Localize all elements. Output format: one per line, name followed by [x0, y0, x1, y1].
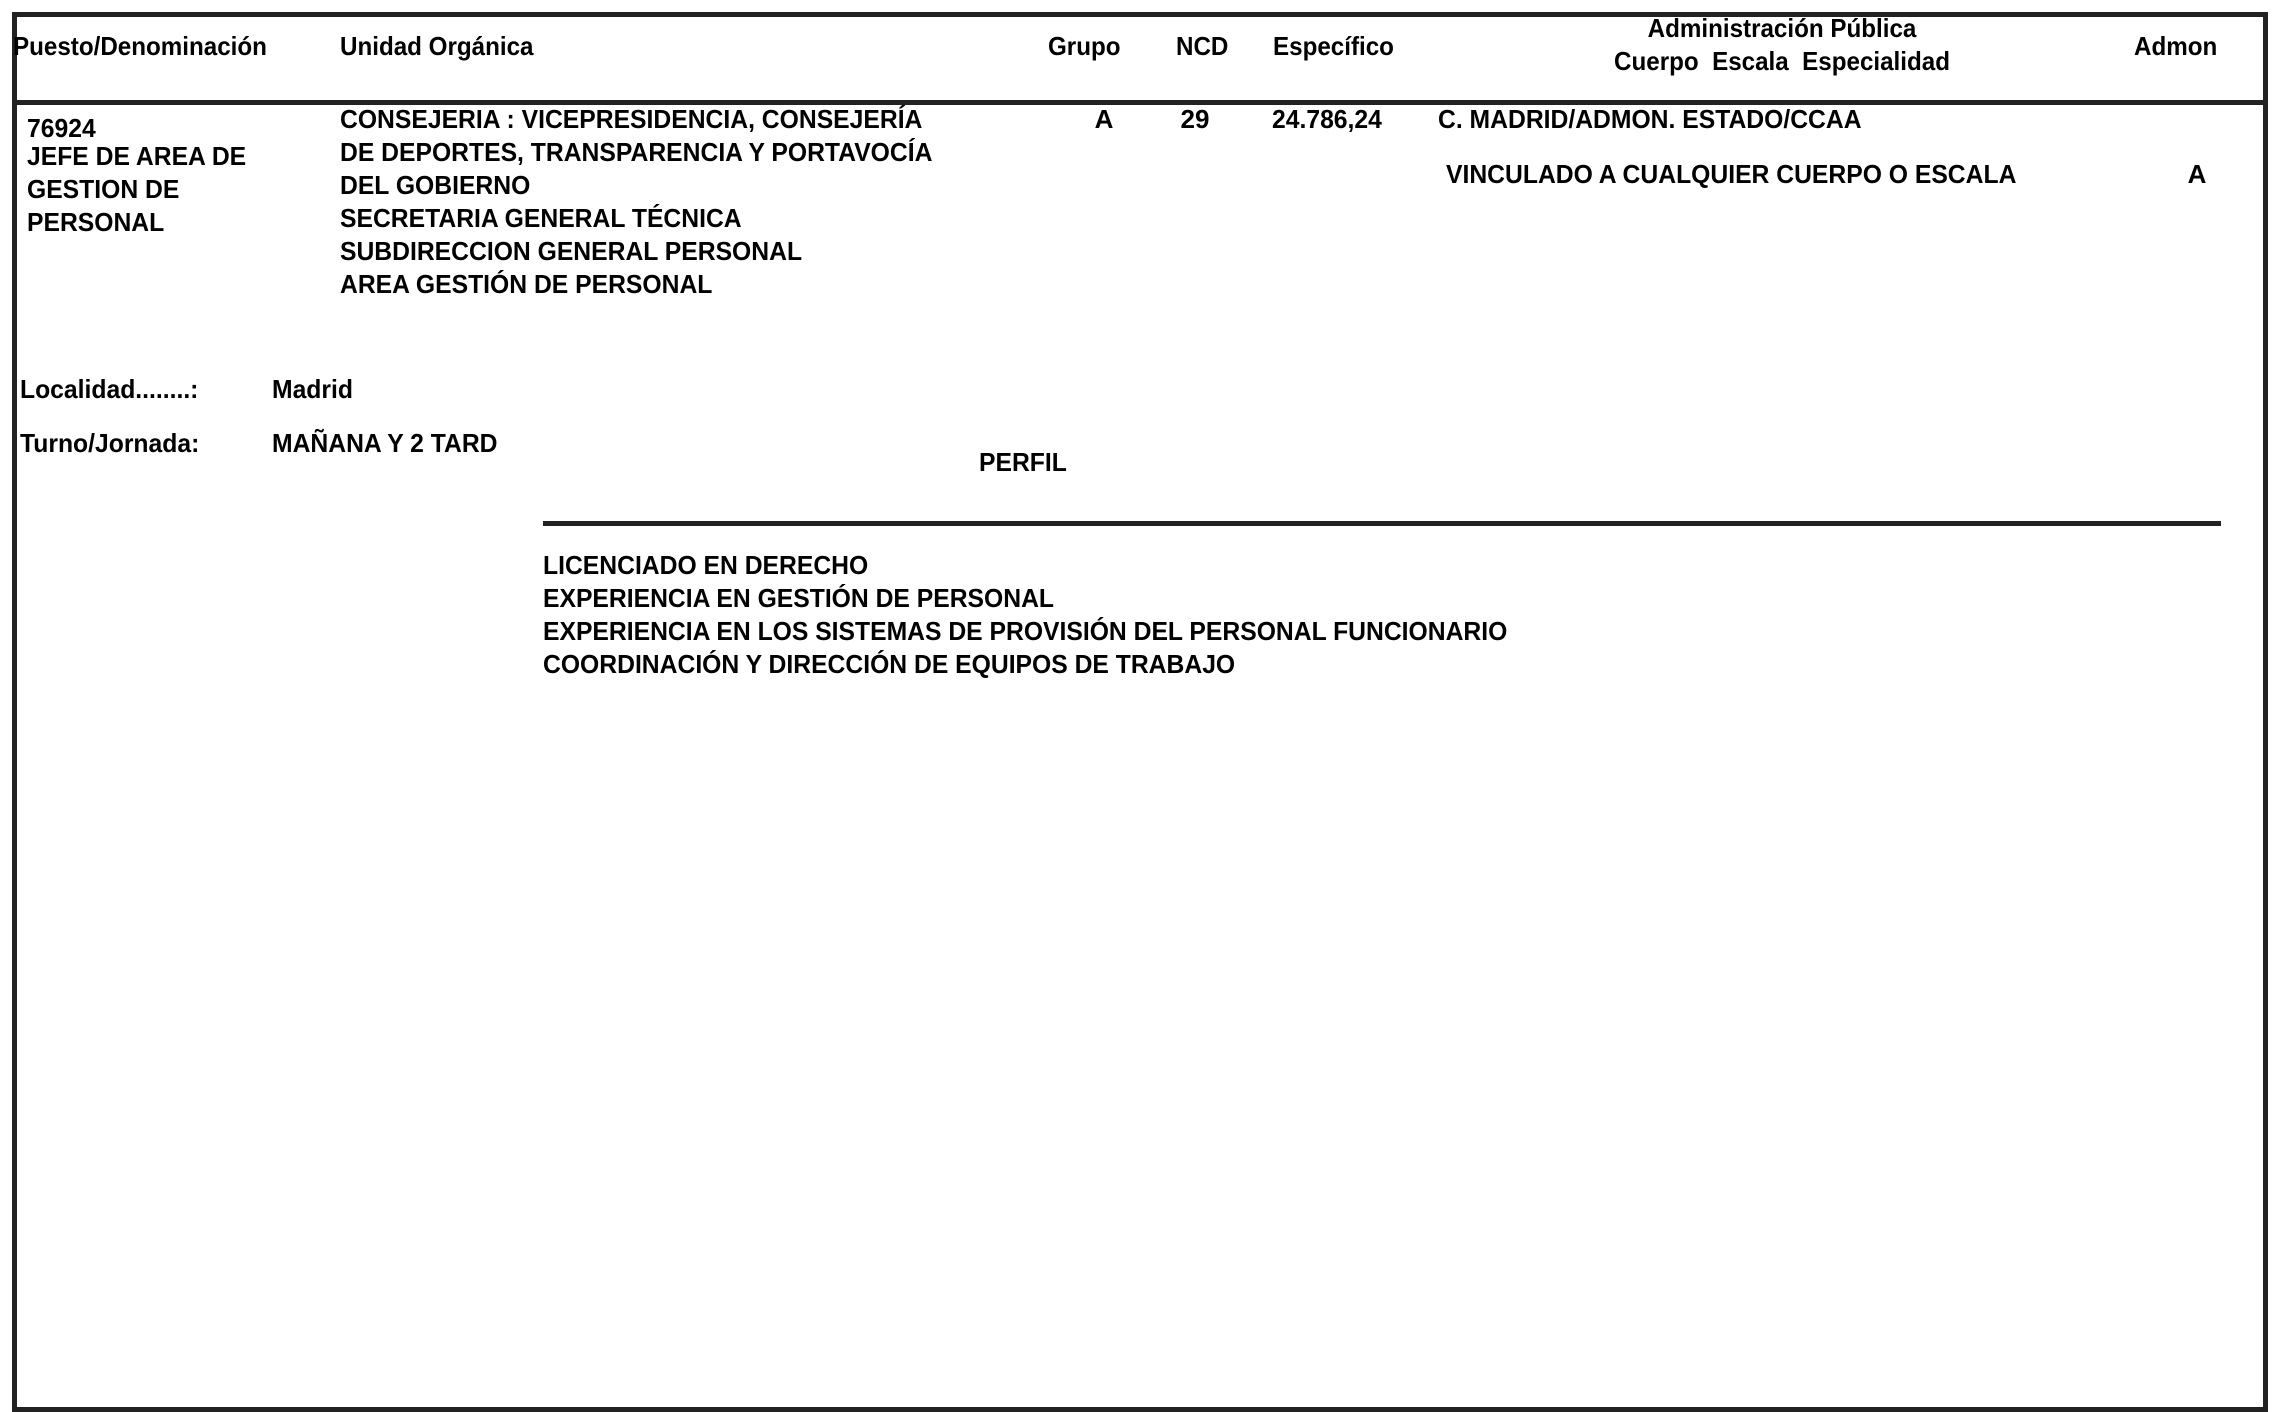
perfil-title: PERFIL	[979, 446, 1067, 479]
header-puesto: Puesto/Denominación	[13, 30, 267, 63]
header-grupo: Grupo	[1048, 30, 1121, 63]
denominacion-line: PERSONAL	[27, 206, 246, 239]
cuerpo-escala-value: VINCULADO A CUALQUIER CUERPO O ESCALA	[1446, 158, 2016, 191]
header-cuerpo-escala: Cuerpo Escala Especialidad	[1614, 45, 1950, 78]
perfil-item: EXPERIENCIA EN GESTIÓN DE PERSONAL	[543, 582, 1507, 615]
header-especifico: Específico	[1273, 30, 1394, 63]
localidad-value: Madrid	[272, 373, 353, 406]
unidad-line: DEL GOBIERNO	[340, 169, 932, 202]
puesto-denominacion: JEFE DE AREA DE GESTION DE PERSONAL	[27, 140, 246, 239]
unidad-line: CONSEJERIA : VICEPRESIDENCIA, CONSEJERÍA	[340, 103, 932, 136]
unidad-line: AREA GESTIÓN DE PERSONAL	[340, 268, 932, 301]
grupo-value: A	[1095, 103, 1114, 136]
unidad-line: SUBDIRECCION GENERAL PERSONAL	[340, 235, 932, 268]
perfil-item: EXPERIENCIA EN LOS SISTEMAS DE PROVISIÓN…	[543, 615, 1507, 648]
denominacion-line: JEFE DE AREA DE	[27, 140, 246, 173]
turno-label: Turno/Jornada:	[20, 427, 199, 460]
administracion-value: C. MADRID/ADMON. ESTADO/CCAA	[1438, 103, 1862, 136]
especifico-value: 24.786,24	[1272, 103, 1382, 136]
admon-value: A	[2188, 158, 2207, 191]
unidad-line: SECRETARIA GENERAL TÉCNICA	[340, 202, 932, 235]
denominacion-line: GESTION DE	[27, 173, 246, 206]
header-admon: Admon	[2134, 30, 2217, 63]
unidad-line: DE DEPORTES, TRANSPARENCIA Y PORTAVOCÍA	[340, 136, 932, 169]
turno-value: MAÑANA Y 2 TARD	[272, 427, 498, 460]
perfil-item: COORDINACIÓN Y DIRECCIÓN DE EQUIPOS DE T…	[543, 648, 1507, 681]
ncd-value: 29	[1181, 103, 1210, 136]
perfil-list: LICENCIADO EN DERECHO EXPERIENCIA EN GES…	[543, 549, 1507, 681]
perfil-item: LICENCIADO EN DERECHO	[543, 549, 1507, 582]
header-unidad: Unidad Orgánica	[340, 30, 533, 63]
header-admin-publica: Administración Pública	[1648, 12, 1917, 45]
header-ncd: NCD	[1176, 30, 1228, 63]
perfil-divider	[543, 521, 2221, 526]
localidad-label: Localidad........:	[20, 373, 198, 406]
unidad-organica: CONSEJERIA : VICEPRESIDENCIA, CONSEJERÍA…	[340, 103, 932, 301]
